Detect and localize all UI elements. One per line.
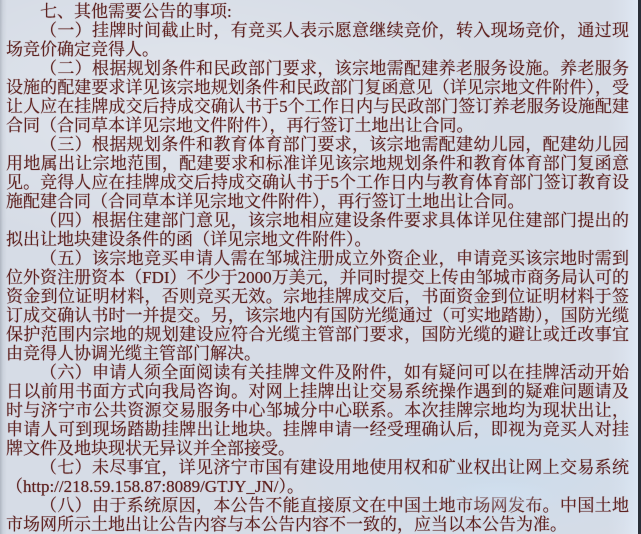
- scanned-announcement-page: 七、其他需要公告的事项: （一）挂牌时间截止时，有竞买人表示愿意继续竞价，转入现…: [0, 0, 641, 534]
- announcement-paragraph-1: （一）挂牌时间截止时，有竞买人表示愿意继续竞价，转入现场竞价，通过现场竞价确定竞…: [6, 21, 629, 59]
- announcement-paragraph-2: （二）根据规划条件和民政部门要求，该宗地需配建养老服务设施。养老服务设施的配建要…: [6, 59, 629, 135]
- announcement-paragraph-7: （七）未尽事宜，详见济宁市国有建设用地使用权和矿业权出让网上交易系统（http:…: [6, 458, 629, 496]
- announcement-paragraph-8: （八）由于系统原因，本公告不能直接原文在中国土地市场网发布。中国土地市场网所示土…: [6, 496, 629, 534]
- announcement-paragraph-5: （五）该宗地竞买申请人需在邹城注册成立外资企业，申请竞买该宗地时需到位外资注册资…: [6, 249, 629, 363]
- section-heading: 七、其他需要公告的事项:: [6, 2, 629, 21]
- announcement-body: 七、其他需要公告的事项: （一）挂牌时间截止时，有竞买人表示愿意继续竞价，转入现…: [6, 2, 629, 534]
- announcement-paragraph-6: （六）申请人须全面阅读有关挂牌文件及附件，如有疑问可以在挂牌活动开始日以前用书面…: [6, 363, 629, 458]
- announcement-paragraph-4: （四）根据住建部门意见，该宗地相应建设条件要求具体详见住建部门提出的拟出让地块建…: [6, 211, 629, 249]
- announcement-paragraph-3: （三）根据规划条件和教育体育部门要求，该宗地需配建幼儿园，配建幼儿园用地属出让宗…: [6, 135, 629, 211]
